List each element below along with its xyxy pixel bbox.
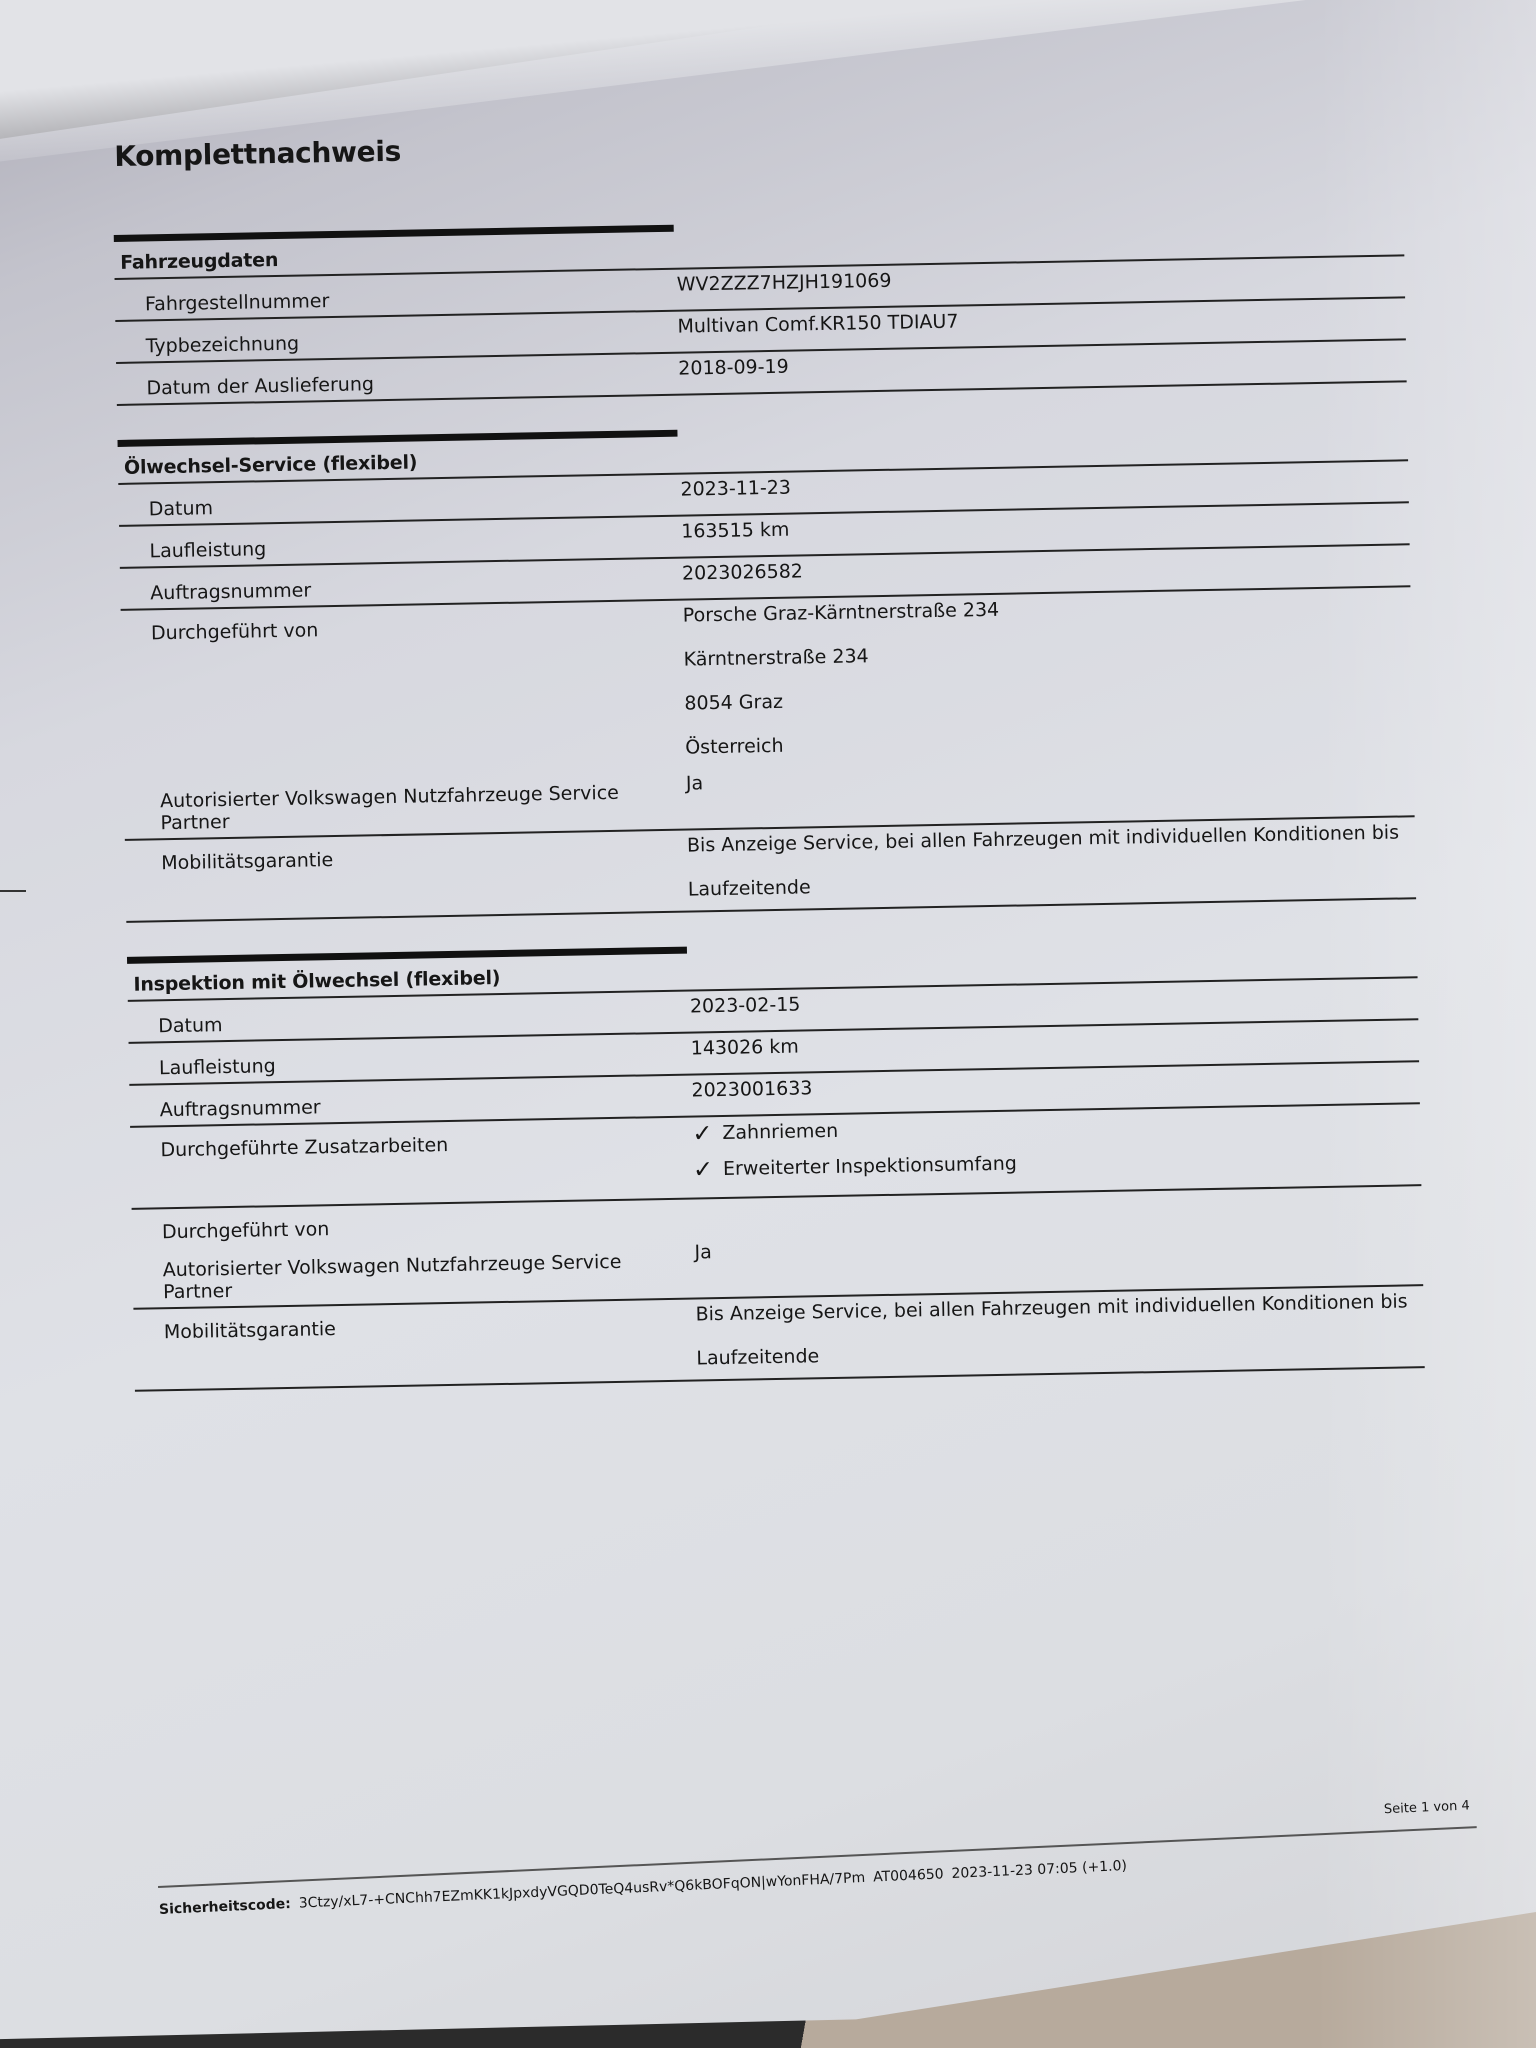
section-oil-service: Ölwechsel-Service (flexibel) Datum 2023-…: [117, 416, 1416, 923]
extra-work-label: Erweiterter Inspektionsumfang: [723, 1153, 1017, 1180]
dealer-country: Österreich: [685, 723, 1413, 758]
checkmark-icon: ✓: [692, 1121, 713, 1145]
row-label: Durchgeführte Zusatzarbeiten: [130, 1118, 681, 1208]
mobility-text-line2: Laufzeitende: [696, 1334, 1424, 1369]
extra-work-label: Zahnriemen: [722, 1120, 838, 1144]
row-label: Autorisierter Volkswagen Nutzfahrzeuge S…: [124, 769, 675, 839]
extra-work-item: ✓ Erweiterter Inspektionsumfang: [693, 1144, 1421, 1181]
dealer-street: Kärntnerstraße 234: [683, 635, 1411, 670]
section-vehicle-data: Fahrzeugdaten Fahrgestellnummer WV2ZZZ7H…: [114, 211, 1407, 406]
dealer-code: AT004650: [873, 1866, 944, 1885]
checkmark-icon: ✓: [693, 1157, 714, 1181]
dealer-city: 8054 Graz: [684, 679, 1412, 714]
row-label: Autorisierter Volkswagen Nutzfahrzeuge S…: [132, 1238, 683, 1308]
row-label: Durchgeführt von: [121, 601, 674, 779]
document: Komplettnachweis Fahrzeugdaten Fahrgeste…: [112, 116, 1425, 1425]
row-label: Mobilitätsgarantie: [133, 1300, 684, 1390]
section-inspection: Inspektion mit Ölwechsel (flexibel) Datu…: [127, 933, 1425, 1392]
table-row: Durchgeführt von Porsche Graz-Kärntnerst…: [121, 587, 1414, 779]
fold-mark: [0, 890, 26, 892]
mobility-text-line2: Laufzeitende: [688, 865, 1416, 900]
row-label: Mobilitätsgarantie: [125, 831, 676, 921]
